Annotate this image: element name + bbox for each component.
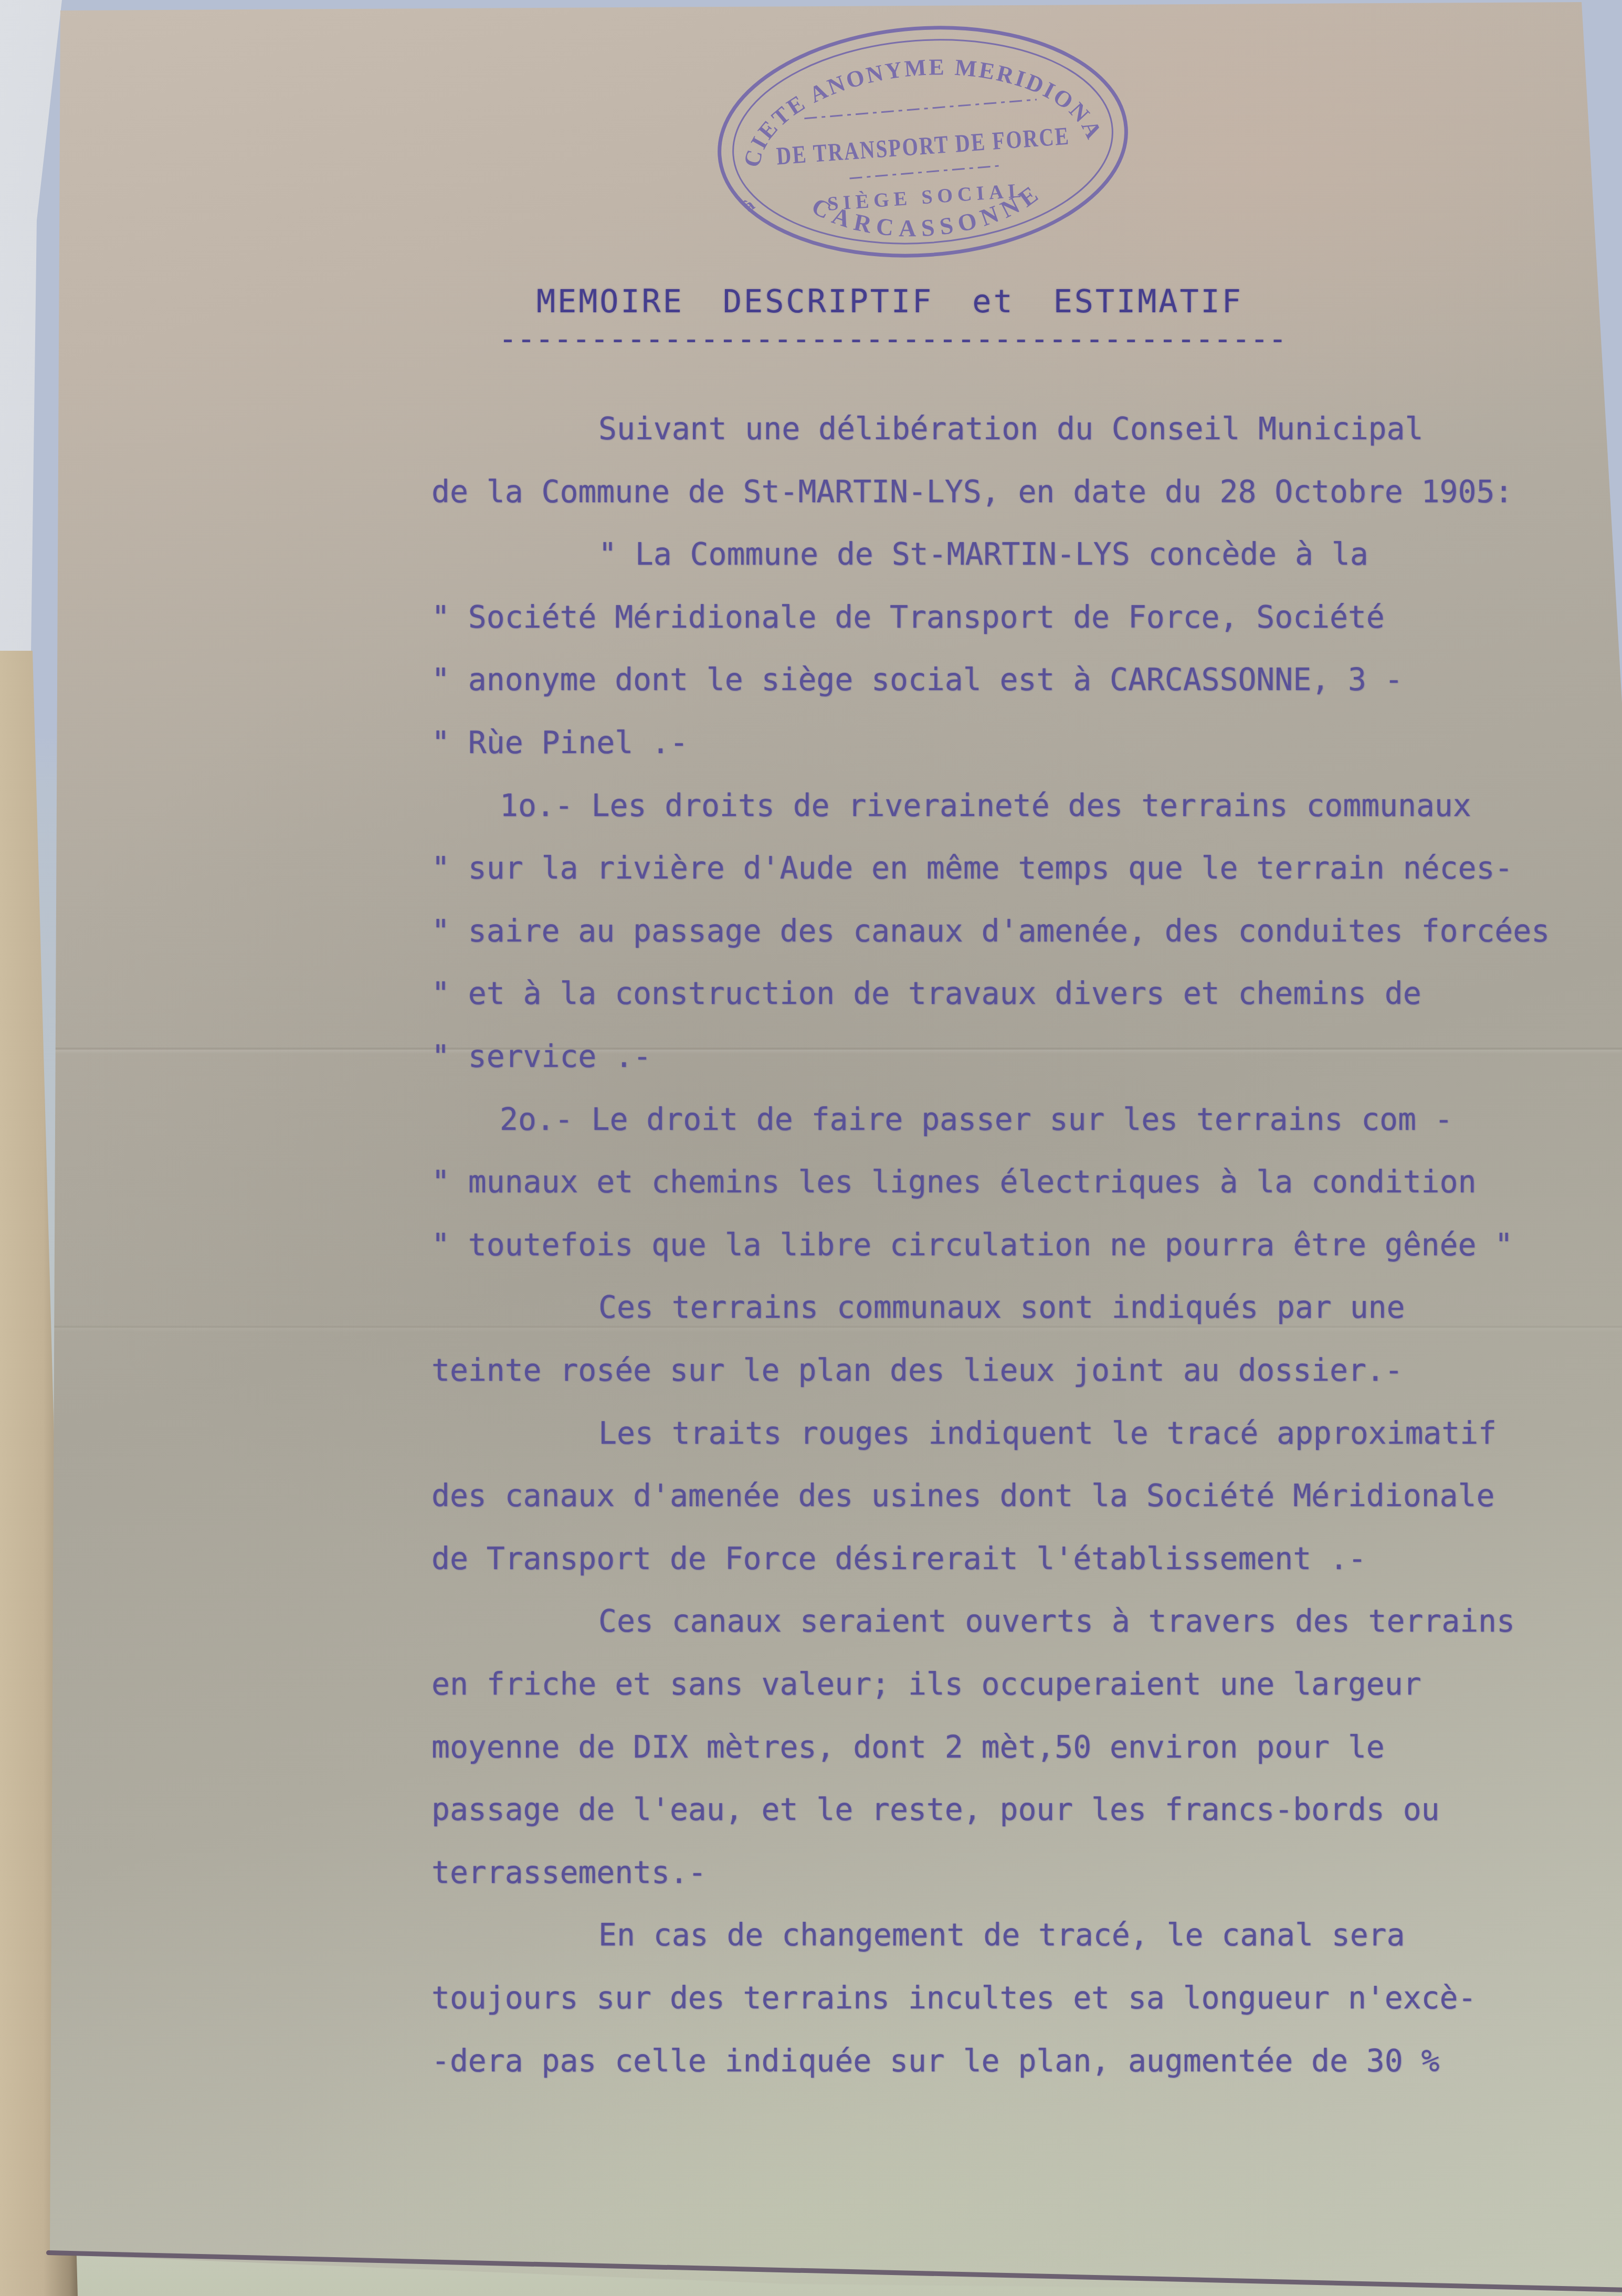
document-line: Ces terrains communaux sont indiqués par… <box>598 1292 1405 1322</box>
document-line: des canaux d'amenée des usines dont la S… <box>431 1480 1494 1511</box>
document-line: toujours sur des terrains incultes et sa… <box>431 1983 1476 2013</box>
document-line: " anonyme dont le siège social est à CAR… <box>431 664 1403 695</box>
document-line: " sur la rivière d'Aude en même temps qu… <box>431 853 1513 883</box>
document-line: 2o.- Le droit de faire passer sur les te… <box>500 1104 1453 1135</box>
document-line: " La Commune de St-MARTIN-LYS concède à … <box>598 539 1368 569</box>
document-line: 1o.- Les droits de riveraineté des terra… <box>500 790 1471 821</box>
document-line: " service .- <box>431 1041 651 1072</box>
document-line: terrassements.- <box>431 1857 707 1888</box>
document-line: " Société Méridionale de Transport de Fo… <box>431 602 1385 632</box>
document-line: " et à la construction de travaux divers… <box>431 978 1421 1009</box>
document-line: -dera pas celle indiquée sur le plan, au… <box>431 2046 1440 2076</box>
document-line: Les traits rouges indiquent le tracé app… <box>598 1418 1497 1448</box>
document-line: Ces canaux seraient ouverts à travers de… <box>598 1606 1515 1636</box>
document-page: SOCIETE ANONYME MERIDIONALE DE TRANSPORT… <box>0 0 1622 2296</box>
document-line: En cas de changement de tracé, le canal … <box>598 1920 1405 1950</box>
document-line: de la Commune de St-MARTIN-LYS, en date … <box>431 477 1513 507</box>
document-line: Suivant une délibération du Conseil Muni… <box>598 414 1423 444</box>
document-line: " saire au passage des canaux d'amenée, … <box>431 916 1550 946</box>
document-line: " munaux et chemins les lignes électriqu… <box>431 1167 1476 1197</box>
document-line: passage de l'eau, et le reste, pour les … <box>431 1794 1440 1825</box>
scan-canvas: SOCIETE ANONYME MERIDIONALE DE TRANSPORT… <box>0 0 1622 2296</box>
document-line: " Rùe Pinel .- <box>431 727 688 758</box>
document-line: en friche et sans valeur; ils occuperaie… <box>431 1669 1421 1699</box>
document-body: Suivant une délibération du Conseil Muni… <box>431 0 1602 2296</box>
document-line: " toutefois que la libre circulation ne … <box>431 1230 1513 1260</box>
document-line: moyenne de DIX mètres, dont 2 mèt,50 env… <box>431 1732 1385 1762</box>
document-line: teinte rosée sur le plan des lieux joint… <box>431 1355 1403 1385</box>
document-line: de Transport de Force désirerait l'établ… <box>431 1543 1366 1574</box>
